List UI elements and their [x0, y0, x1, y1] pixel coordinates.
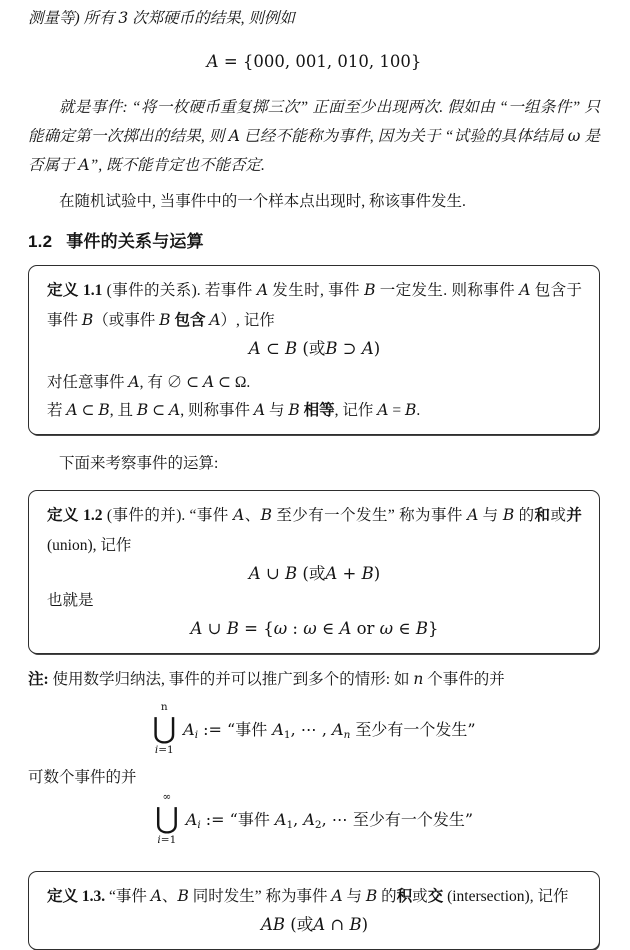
big-union-symbol: ∞ ⋃ i=1: [155, 792, 179, 845]
section-heading: 1.2事件的关系与运算: [28, 230, 600, 253]
formula-union-countable-events: ∞ ⋃ i=1 Ai := “事件 A1, A2, ⋯ 至少有一个发生”: [28, 791, 600, 847]
paragraph-event-occurs: 在随机试验中, 当事件中的一个样本点出现时, 称该事件发生.: [28, 188, 600, 216]
union-operator-icon: ⋃: [152, 714, 176, 743]
section-title: 事件的关系与运算: [66, 232, 204, 251]
intro-line: 测量等) 所有 3 次郑硬币的结果, 则例如: [28, 8, 600, 29]
section-number: 1.2: [28, 232, 52, 251]
union-lower-limit: i=1: [157, 835, 176, 846]
definition-box-1-2: 定义 1.2 (事件的并). “事件 A、B 至少有一个发生” 称为事件 A 与…: [28, 490, 600, 654]
definition-1-1-text: 定义 1.1 (事件的关系). 若事件 A 发生时, 事件 B 一定发生. 则称…: [47, 276, 582, 335]
textbook-page: 测量等) 所有 3 次郑硬币的结果, 则例如 A = {000, 001, 01…: [0, 8, 630, 950]
paragraph-countable-union: 可数个事件的并: [28, 767, 600, 789]
big-union-symbol: n ⋃ i=1: [152, 702, 176, 755]
union-countable-definition: Ai := “事件 A1, A2, ⋯ 至少有一个发生”: [186, 807, 473, 831]
formula-sample-set: A = {000, 001, 010, 100}: [28, 50, 600, 74]
paragraph-transition: 下面来考察事件的运算:: [28, 450, 600, 478]
union-n-definition: Ai := “事件 A1, ⋯ , An 至少有一个发生”: [183, 717, 475, 741]
formula-subset: A ⊂ B (或B ⊃ A): [47, 337, 582, 361]
definition-box-1-3: 定义 1.3. “事件 A、B 同时发生” 称为事件 A 与 B 的积或交 (i…: [28, 871, 600, 950]
paragraph-event-explanation: 就是事件: “将一枚硬币重复掷三次” 正面至少出现两次. 假如由 “一组条件” …: [28, 94, 600, 180]
definition-box-1-1: 定义 1.1 (事件的关系). 若事件 A 发生时, 事件 B 一定发生. 则称…: [28, 265, 600, 435]
formula-union-notation: A ∪ B (或A + B): [47, 562, 582, 586]
definition-1-1-note1: 对任意事件 A, 有 ∅ ⊂ A ⊂ Ω.: [47, 369, 582, 397]
note-induction: 注: 使用数学归纳法, 事件的并可以推广到多个的情形: 如 n 个事件的并: [28, 668, 600, 691]
formula-union-n-events: n ⋃ i=1 Ai := “事件 A1, ⋯ , An 至少有一个发生”: [28, 701, 600, 757]
definition-1-2-text: 定义 1.2 (事件的并). “事件 A、B 至少有一个发生” 称为事件 A 与…: [47, 501, 582, 560]
definition-1-2-that-is: 也就是: [47, 588, 582, 615]
definition-1-3-text: 定义 1.3. “事件 A、B 同时发生” 称为事件 A 与 B 的积或交 (i…: [47, 882, 582, 912]
union-lower-limit: i=1: [155, 745, 174, 756]
formula-union-set: A ∪ B = {ω : ω ∈ A or ω ∈ B}: [47, 617, 582, 641]
definition-1-1-note2: 若 A ⊂ B, 且 B ⊂ A, 则称事件 A 与 B 相等, 记作 A = …: [47, 397, 582, 425]
formula-intersection: AB (或A ∩ B): [47, 913, 582, 937]
union-operator-icon: ⋃: [155, 804, 179, 833]
